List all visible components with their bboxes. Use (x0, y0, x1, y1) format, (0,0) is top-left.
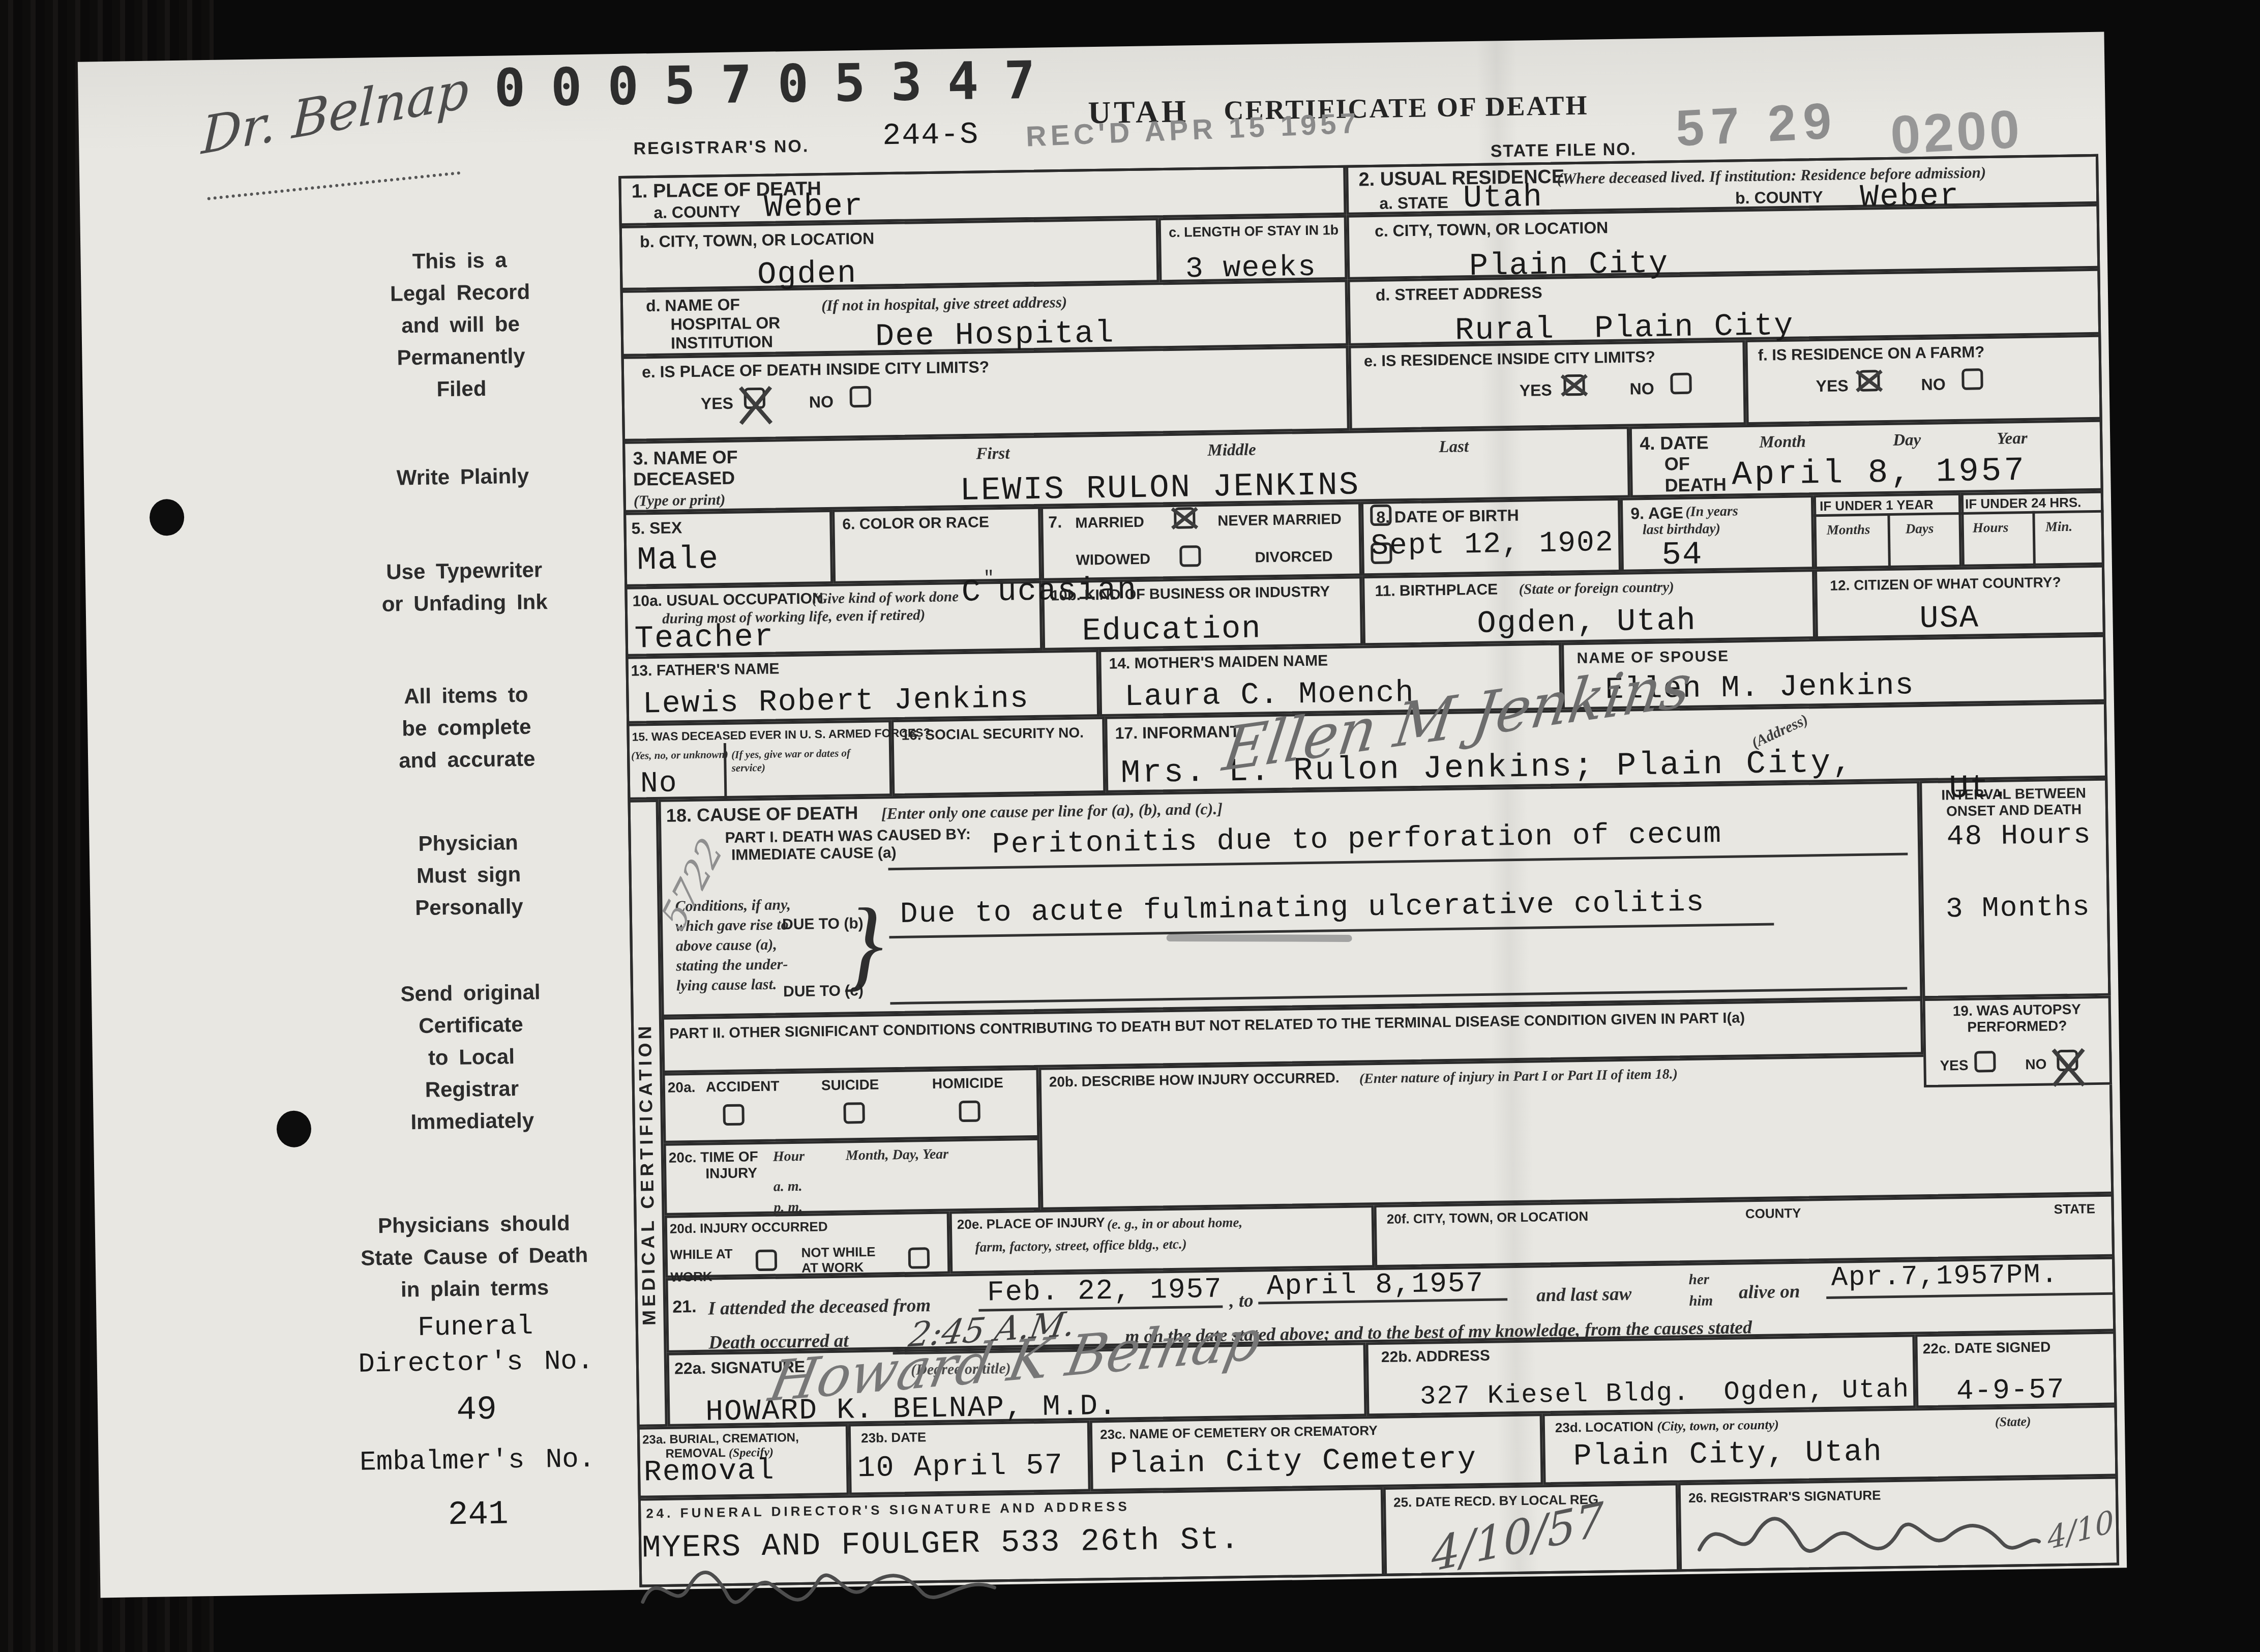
s2a-label: a. STATE (1379, 193, 1448, 213)
s6-label: 6. COLOR OR RACE (842, 514, 989, 534)
margin-note-complete: All items tobe complete and accurate (301, 677, 633, 778)
accident-label: ACCIDENT (706, 1078, 780, 1095)
microfilm-photo: UTAH CERTIFICATE OF DEATH REGISTRAR'S NO… (0, 0, 2260, 1652)
interval-a-value: 48 Hours (1946, 820, 2092, 851)
s22b-value: 327 Kiesel Bldg. Ogden, Utah (1420, 1377, 1910, 1410)
s21-text4: alive on (1739, 1281, 1800, 1304)
s20c-label: 20c. TIME OFINJURY (669, 1148, 759, 1183)
registrar-signature-scribble (1693, 1499, 2045, 1575)
s12-value: USA (1919, 602, 1980, 635)
s11-hint: (State or foreign country) (1519, 578, 1674, 598)
s20e-hint1: (e. g., in or about home, (1107, 1214, 1243, 1232)
her-him-label: herhim (1688, 1268, 1713, 1312)
s2f-label: f. IS RESIDENCE ON A FARM? (1758, 343, 1984, 364)
s2a-value: Utah (1463, 182, 1543, 214)
margin-note-send-original: Send originalCertificate to LocalRegistr… (305, 975, 638, 1140)
margin-note-typewriter: Use Typewriteror Unfading Ink (299, 552, 630, 622)
s23d-value: Plain City, Utah (1573, 1437, 1883, 1472)
s2f-yes-label: YES (1816, 376, 1849, 396)
s8-label: 8. DATE OF BIRTH (1376, 506, 1519, 527)
registrar-no-label: REGISTRAR'S NO. (633, 136, 809, 159)
suicide-checkbox (843, 1102, 865, 1124)
hours-label: Hours (1973, 519, 2009, 536)
s23d-state-label: (State) (1995, 1413, 2031, 1430)
punch-hole (150, 499, 185, 536)
s3-hint: (Type or print) (633, 491, 725, 511)
s2f-yes-checkbox (1858, 370, 1880, 392)
s5-value: Male (637, 543, 720, 577)
under1yr-label: IF UNDER 1 YEAR (1820, 497, 1934, 514)
s8-value: Sept 12, 1902 (1371, 528, 1614, 562)
s18-label: 18. CAUSE OF DEATH (666, 802, 858, 826)
s14-label: 14. MOTHER'S MAIDEN NAME (1109, 652, 1328, 673)
under24-label: IF UNDER 24 HRS. (1965, 495, 2081, 512)
s2e-yes-checkbox (1563, 374, 1585, 396)
s22b-label: 22b. ADDRESS (1381, 1347, 1490, 1367)
s2f-no-checkbox (1961, 368, 1983, 390)
s1c-value: 3 weeks (1185, 253, 1317, 285)
state-col-label: STATE (2054, 1201, 2096, 1217)
s1b-value: Ogden (757, 258, 857, 291)
corner-note-dr-belnap: Dr. Belnap (200, 64, 469, 162)
s15-hint2: (If yes, give war or dates of service) (731, 746, 884, 775)
s16-label: 16. SOCIAL SECURITY NO. (901, 725, 1084, 744)
s19-label: 19. WAS AUTOPSYPERFORMED? (1923, 1001, 2112, 1037)
s4-col-year: Year (1997, 429, 2028, 449)
funeral-director-no-label: FuneralDirector's No. (310, 1308, 641, 1384)
attended-to-value: April 8,1957 (1266, 1269, 1484, 1301)
s22c-label: 22c. DATE SIGNED (1923, 1339, 2051, 1357)
while-at-work-label: WHILE ATWORK (670, 1247, 733, 1285)
not-while-at-work-checkbox (908, 1247, 930, 1269)
s23c-value: Plain City Cemetery (1110, 1444, 1477, 1480)
s21-text3: and last saw (1536, 1283, 1632, 1307)
s19-yes-label: YES (1940, 1057, 1969, 1074)
last-seen-value: Apr.7,1957PM. (1831, 1261, 2059, 1292)
accident-checkbox (723, 1104, 745, 1126)
s1b-label: b. CITY, TOWN, OR LOCATION (640, 229, 875, 252)
due-b-label: DUE TO (b) (782, 915, 864, 934)
immediate-cause-label: IMMEDIATE CAUSE (a) (731, 844, 897, 864)
s1d-value: Dee Hospital (875, 318, 1115, 353)
s20f-label: 20f. CITY, TOWN, OR LOCATION (1387, 1209, 1589, 1227)
s5-label: 5. SEX (631, 518, 682, 538)
min-label: Min. (2045, 518, 2073, 535)
s20c-mdy-label: Month, Day, Year (846, 1146, 949, 1165)
s7-married-label: MARRIED (1075, 514, 1144, 532)
s4-col-day: Day (1893, 430, 1921, 451)
s1a-value: Weber (764, 191, 864, 224)
s11-label: 11. BIRTHPLACE (1375, 581, 1498, 600)
s15-value: No (640, 769, 678, 799)
s18-part1: PART I. DEATH WAS CAUSED BY: (725, 826, 971, 847)
s4-label: 4. DATEOFDEATH (1640, 432, 1727, 496)
s13-value: Lewis Robert Jenkins (642, 684, 1029, 720)
s2f-no-label: NO (1921, 375, 1946, 394)
funeral-director-no-value: 49 (311, 1382, 642, 1438)
margin-note-write-plainly: Write Plainly (298, 458, 629, 495)
state-file-label: STATE FILE NO. (1490, 139, 1637, 161)
s19-no-checkbox (2057, 1050, 2078, 1072)
s23a-value: Removal (644, 1457, 775, 1488)
s2b-label: b. COUNTY (1735, 188, 1823, 208)
s2e-yes-label: YES (1519, 381, 1552, 400)
s1e-no-label: NO (809, 393, 834, 412)
interval-b-value: 3 Months (1946, 893, 2091, 923)
cell-1b (619, 218, 1159, 290)
s2e-no-label: NO (1629, 379, 1654, 399)
state-file-stamp-a: 57 29 (1675, 95, 1840, 154)
punch-hole (276, 1110, 311, 1147)
s9-label: 9. AGE (1630, 504, 1683, 523)
homicide-label: HOMICIDE (932, 1075, 1003, 1092)
months-label: Months (1827, 521, 1870, 539)
s1a-label: a. COUNTY (653, 202, 740, 222)
s9-hint: (In yearslast birthday) (1685, 503, 1738, 538)
cell-2c (1347, 204, 2100, 280)
medical-certification-label: MEDICAL CERTIFICATION (634, 1022, 660, 1325)
s7-widowed-checkbox (1179, 545, 1201, 567)
embalmer-no-label: Embalmer's No. (312, 1438, 643, 1485)
s10a-value: Teacher (634, 622, 774, 655)
s7-widowed-label: WIDOWED (1076, 551, 1150, 570)
s20e-hint2: farm, factory, street, office bldg., etc… (975, 1236, 1187, 1256)
s7-num: 7. (1048, 513, 1062, 532)
s21-num: 21. (672, 1297, 697, 1317)
s2d-value: Rural Plain City (1455, 310, 1794, 347)
s2b-value: Weber (1860, 181, 1960, 214)
not-while-at-work-label: NOT WHILEAT WORK (801, 1245, 876, 1276)
s12-label: 12. CITIZEN OF WHAT COUNTRY? (1830, 574, 2061, 594)
days-label: Days (1906, 520, 1934, 537)
received-date-stamp: REC'D APR 15 1957 (1025, 109, 1360, 151)
s1d-label: d. NAME OFHOSPITAL ORINSTITUTION (646, 294, 781, 352)
s13-label: 13. FATHER'S NAME (631, 660, 779, 680)
s1e-yes-label: YES (701, 394, 734, 414)
s20d-label: 20d. INJURY OCCURRED (670, 1219, 828, 1236)
s1c-label: c. LENGTH OF STAY IN 1b (1169, 222, 1339, 241)
s3-value: LEWIS RULON JENKINS (960, 469, 1360, 508)
county-col-label: COUNTY (1745, 1206, 1801, 1222)
s4-value: April 8, 1957 (1732, 454, 2027, 492)
s10a-hint: (Give kind of work doneduring most of wo… (812, 588, 959, 626)
s7-never-label: NEVER MARRIED (1217, 511, 1342, 530)
s2d-label: d. STREET ADDRESS (1376, 283, 1542, 305)
s2c-value: Plain City (1469, 248, 1669, 282)
s6-insert-mark: ″ (983, 568, 995, 588)
s2c-label: c. CITY, TOWN, OR LOCATION (1375, 218, 1609, 241)
funeral-director-signature-scribble (638, 1548, 1015, 1635)
s20e-label: 20e. PLACE OF INJURY (957, 1215, 1105, 1232)
state-file-stamp-b: 0200 (1889, 102, 2024, 163)
s10b-value: Education (1082, 613, 1262, 647)
s19-yes-checkbox (1974, 1051, 1996, 1073)
s20c-am-label: a. m. (774, 1178, 802, 1195)
cell-20f (1374, 1194, 2115, 1268)
s7-divorced-label: DIVORCED (1255, 548, 1333, 567)
s7-married-checkbox (1174, 507, 1196, 529)
certificate-paper: UTAH CERTIFICATE OF DEATH REGISTRAR'S NO… (78, 32, 2127, 1598)
serial-number-stamp: 0005705347 (494, 54, 1061, 115)
s4-col-month: Month (1759, 432, 1806, 453)
registrar-no-value: 244-S (882, 120, 979, 152)
s1d-hint: (If not in hospital, give street address… (821, 292, 1067, 315)
s17-value2: Ut. (1949, 772, 2011, 806)
s15-hint1: (Yes, no, or unknown) (631, 748, 728, 762)
s3-col-middle: Middle (1207, 440, 1256, 461)
s20c-hour-label: Hour (773, 1148, 805, 1166)
s9-value: 54 (1661, 539, 1703, 572)
s1e-no-checkbox (849, 386, 871, 408)
margin-note-physician-sign: PhysicianMust sign Personally (303, 824, 635, 926)
attended-from-value: Feb. 22, 1957 (987, 1275, 1223, 1307)
s20a-num: 20a. (668, 1079, 696, 1096)
s22c-value: 4-9-57 (1956, 1375, 2065, 1405)
suicide-label: SUICIDE (821, 1077, 879, 1094)
s21-text1: I attended the deceased from (708, 1294, 931, 1320)
grey-marker-underline (1167, 934, 1352, 942)
s10a-label: 10a. USUAL OCCUPATION (632, 590, 823, 610)
due-c-label: DUE TO (c) (783, 982, 864, 1001)
s23b-value: 10 April 57 (857, 1451, 1064, 1484)
s3-col-first: First (976, 444, 1010, 465)
s3-col-last: Last (1439, 437, 1469, 457)
s17-label: 17. INFORMANT (1115, 722, 1240, 743)
margin-note-legal-record: This is aLegal Record and will bePermane… (294, 242, 627, 407)
embalmer-no-value: 241 (313, 1487, 644, 1543)
s3-title: 3. NAME OFDECEASED (633, 447, 738, 490)
interval-label: INTERVAL BETWEENONSET AND DEATH (1919, 785, 2108, 820)
s1e-yes-checkbox (744, 388, 765, 409)
s2e-no-checkbox (1670, 373, 1692, 395)
corner-note-underline (207, 171, 460, 200)
margin-note-plain-terms: Physicians shouldState Cause of Death in… (308, 1206, 640, 1307)
homicide-checkbox (959, 1101, 980, 1123)
s20c-pm-label: p. m. (774, 1199, 802, 1216)
s11-value: Ogden, Utah (1477, 605, 1697, 640)
while-at-work-checkbox (756, 1250, 778, 1272)
s19-no-label: NO (2025, 1056, 2046, 1073)
s23b-label: 23b. DATE (861, 1430, 927, 1446)
